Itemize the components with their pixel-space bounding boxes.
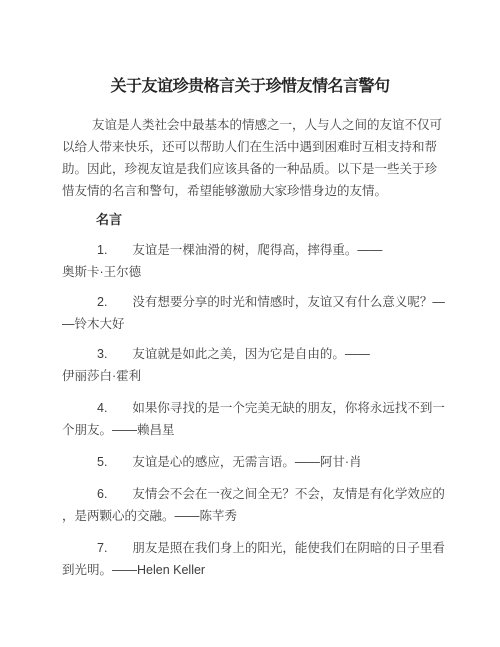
list-item: 2. 没有想要分享的时光和情感时，友谊又有什么意义呢？— —铃木大好 bbox=[62, 291, 450, 335]
page-title: 关于友谊珍贵格言关于珍惜友情名言警句 bbox=[62, 74, 438, 100]
list-item: 5. 友谊是心的感应，无需言语。——阿甘·肖 bbox=[62, 451, 450, 473]
document-page: 关于友谊珍贵格言关于珍惜友情名言警句 友谊是人类社会中最基本的情感之一，人与人之… bbox=[0, 0, 500, 647]
section-heading: 名言 bbox=[62, 209, 450, 231]
list-item: 1. 友谊是一棵油滑的树，爬得高，摔得重。—— 奥斯卡·王尔德 bbox=[62, 239, 450, 283]
list-item: 6. 友情会不会在一夜之间全无？不会，友情是有化学效应的 ，是两颗心的交融。——… bbox=[62, 483, 450, 527]
quotes-list: 1. 友谊是一棵油滑的树，爬得高，摔得重。—— 奥斯卡·王尔德 2. 没有想要分… bbox=[62, 239, 450, 581]
list-item: 7. 朋友是照在我们身上的阳光，能使我们在阴暗的日子里看 到光明。——Helen… bbox=[62, 537, 450, 581]
list-item: 3. 友谊就是如此之美，因为它是自由的。—— 伊丽莎白·霍利 bbox=[62, 343, 450, 387]
intro-paragraph: 友谊是人类社会中最基本的情感之一，人与人之间的友谊不仅可 以给人带来快乐，还可以… bbox=[62, 114, 450, 202]
list-item: 4. 如果你寻找的是一个完美无缺的朋友，你将永远找不到一 个朋友。——赖昌星 bbox=[62, 397, 450, 441]
